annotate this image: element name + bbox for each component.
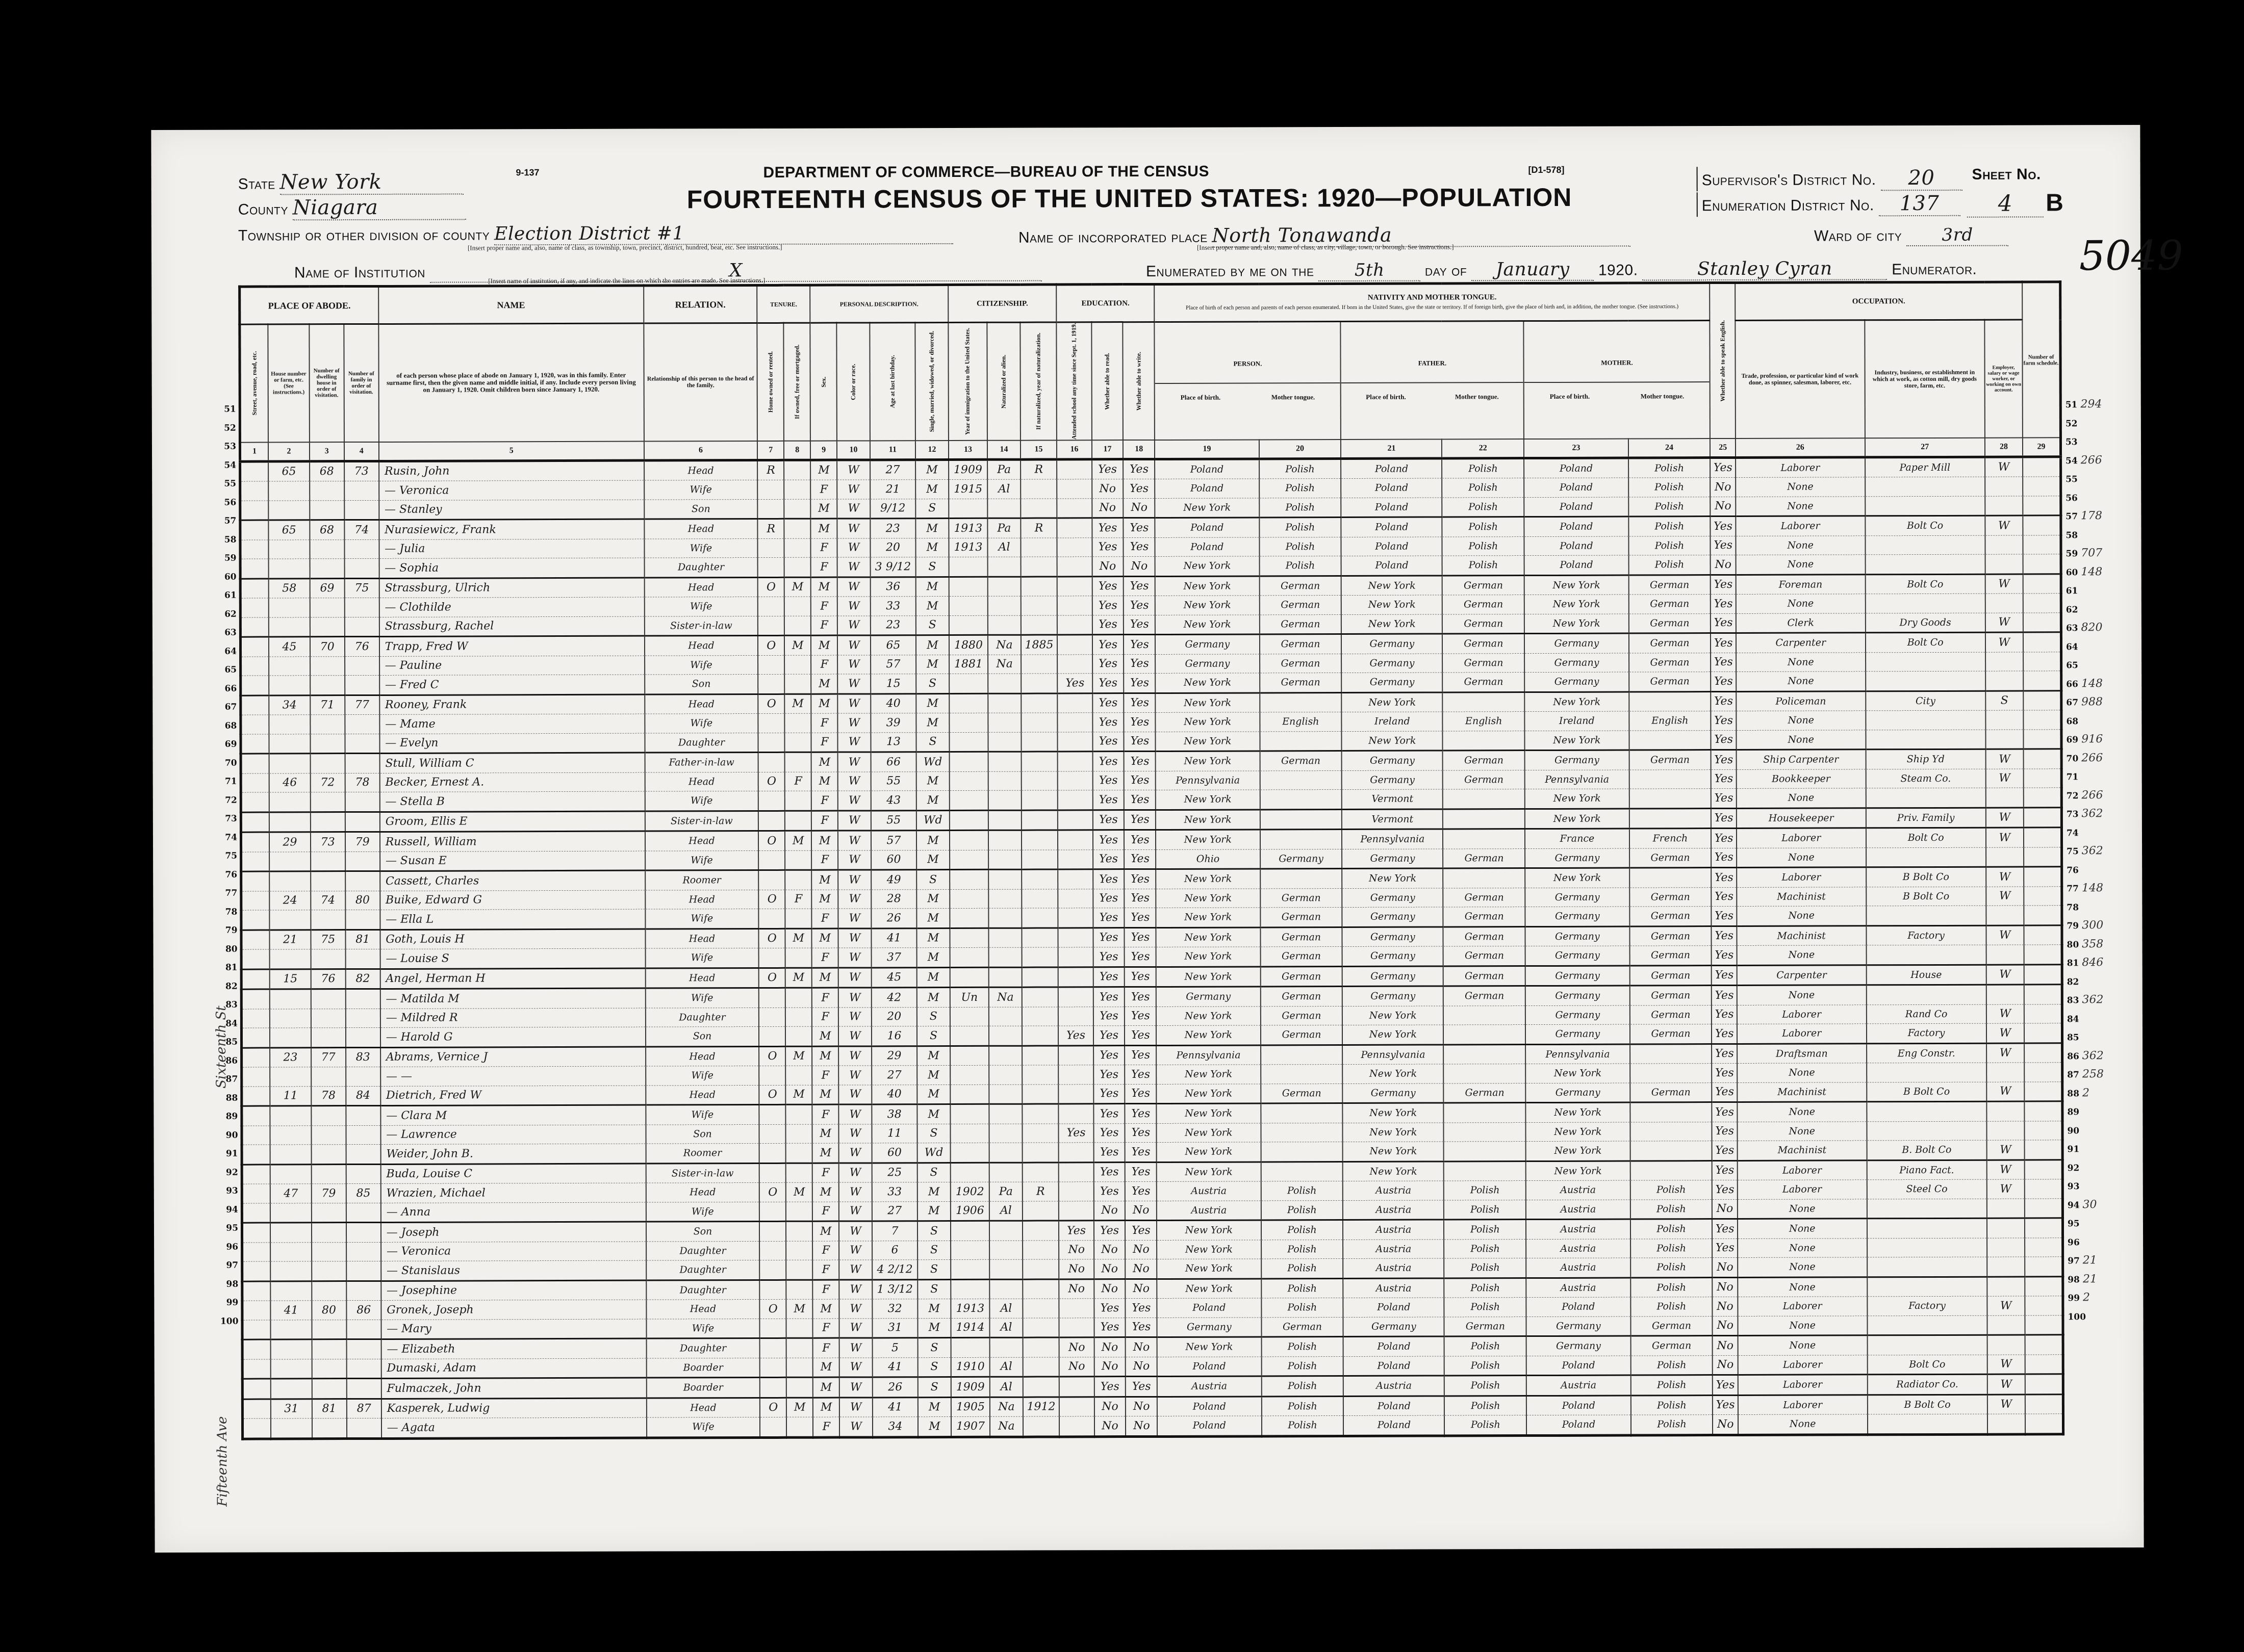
- read-cell: Yes: [1093, 1065, 1125, 1085]
- house-number-cell: 15: [270, 969, 311, 989]
- line-number-label: 56: [2065, 493, 2078, 503]
- name-cell: — Mildred R: [380, 1008, 646, 1028]
- read-cell: Yes: [1092, 518, 1124, 538]
- trade-cell: Laborer: [1738, 1375, 1868, 1395]
- read-cell: No: [1093, 1201, 1125, 1221]
- col-9-header: Sex.: [810, 323, 837, 441]
- mother-birthplace-cell: Poland: [1524, 536, 1628, 556]
- immigration-year-cell: [950, 1163, 989, 1182]
- father-tongue-cell: [1443, 789, 1525, 809]
- employer-class-cell: W: [1986, 965, 2024, 985]
- dwelling-number-cell: [310, 539, 344, 559]
- employer-class-cell: W: [1986, 828, 2024, 847]
- father-birthplace-cell: Austria: [1343, 1376, 1444, 1396]
- write-cell: No: [1126, 1259, 1157, 1279]
- mother-mother-tongue-cell: Polish: [1630, 1258, 1713, 1278]
- write-cell: Yes: [1126, 1318, 1157, 1337]
- birthplace-cell: New York: [1156, 830, 1260, 849]
- line-number-left: 60: [214, 567, 237, 586]
- street-cell: [241, 969, 270, 990]
- immigration-year-cell: [949, 713, 988, 732]
- age-cell: 57: [871, 655, 916, 674]
- speak-english-cell: Yes: [1711, 808, 1737, 829]
- age-cell: 43: [871, 791, 916, 811]
- naturalized-cell: Al: [988, 538, 1021, 557]
- read-cell: Yes: [1092, 830, 1124, 850]
- col-22-label: Mother tongue.: [1455, 394, 1499, 401]
- employer-class-cell: W: [1986, 1160, 2024, 1180]
- father-birthplace-cell: Vermont: [1342, 789, 1443, 809]
- immigration-year-cell: 1880: [949, 635, 988, 655]
- father-birthplace-cell: Poland: [1341, 517, 1442, 537]
- sex-cell: M: [813, 1398, 839, 1417]
- house-number-cell: [270, 1028, 311, 1048]
- street-cell: [241, 676, 269, 695]
- father-birthplace-cell: Germany: [1342, 907, 1443, 927]
- street-cell: [242, 1106, 270, 1126]
- line-number-left: 51: [213, 400, 236, 419]
- dwelling-number-cell: [310, 656, 345, 676]
- age-cell: 49: [871, 870, 917, 890]
- marital-status-cell: M: [918, 1397, 951, 1417]
- mother-mother-tongue-cell: German: [1629, 926, 1712, 946]
- write-cell: Yes: [1124, 635, 1155, 655]
- father-birthplace-cell: Germany: [1342, 966, 1443, 987]
- sex-cell: F: [812, 1066, 838, 1085]
- house-number-cell: [270, 1281, 312, 1301]
- mother-tongue-cell: English: [1260, 712, 1342, 732]
- mother-mother-tongue-cell: [1630, 1102, 1712, 1122]
- line-number-left: 81: [215, 959, 238, 977]
- column-number-6: 6: [644, 441, 758, 460]
- employer-class-cell: [1986, 985, 2024, 1004]
- house-number-cell: [270, 989, 311, 1009]
- immigration-year-cell: [950, 967, 989, 988]
- race-cell: W: [839, 1280, 872, 1300]
- trade-cell: None: [1737, 985, 1867, 1005]
- dwelling-number-cell: [312, 1242, 346, 1261]
- relation-heading: RELATION.: [644, 286, 757, 324]
- dwelling-number-cell: [311, 1145, 346, 1165]
- mother-birthplace-cell: New York: [1524, 614, 1628, 634]
- relation-cell: Head: [644, 577, 758, 597]
- family-number-cell: [345, 851, 380, 871]
- industry-cell: Priv. Family: [1866, 808, 1985, 828]
- employer-class-cell: [1987, 1257, 2025, 1277]
- naturalization-year-cell: [1023, 1221, 1059, 1241]
- age-cell: 60: [871, 850, 917, 870]
- dwelling-number-cell: [312, 1281, 346, 1301]
- marital-status-cell: S: [917, 1241, 950, 1260]
- column-number-27: 27: [1865, 437, 1985, 457]
- read-cell: Yes: [1092, 576, 1124, 596]
- dwelling-number-cell: [310, 715, 345, 734]
- home-owned-cell: [759, 1027, 785, 1047]
- naturalized-cell: [988, 850, 1021, 870]
- line-number-label: 66: [2066, 679, 2078, 689]
- line-number-label: 78: [2067, 902, 2079, 913]
- birthplace-cell: New York: [1155, 498, 1259, 518]
- farm-schedule-cell: [2023, 652, 2061, 671]
- mother-tongue-cell: [1260, 869, 1342, 889]
- street-cell: [242, 1320, 271, 1340]
- farm-schedule-cell: [2023, 496, 2061, 515]
- occupation-code: 21: [2083, 1273, 2097, 1285]
- industry-cell: Steel Co: [1867, 1179, 1986, 1199]
- line-number-label: 62: [2066, 605, 2078, 615]
- industry-cell: [1866, 788, 1985, 808]
- line-number-right: 96: [2068, 1232, 2139, 1251]
- occupation-code: 266: [2081, 454, 2102, 467]
- home-owned-cell: [758, 733, 785, 753]
- school-cell: [1057, 518, 1092, 538]
- employer-class-cell: W: [1985, 457, 2023, 477]
- father-tongue-cell: Polish: [1444, 1415, 1526, 1436]
- birthplace-cell: Poland: [1155, 479, 1259, 498]
- house-number-cell: [271, 1359, 312, 1379]
- industry-cell: [1867, 1238, 1987, 1257]
- father-tongue-cell: [1444, 1064, 1526, 1083]
- naturalized-cell: [989, 1143, 1022, 1163]
- relation-cell: Wife: [644, 480, 758, 500]
- industry-cell: [1866, 671, 1985, 691]
- marital-status-cell: S: [915, 499, 948, 519]
- speak-english-cell: Yes: [1711, 575, 1736, 595]
- age-cell: 16: [872, 1026, 917, 1046]
- father-birthplace-cell: New York: [1343, 1161, 1444, 1181]
- state-field: State New York: [238, 170, 464, 195]
- column-number-14: 14: [987, 440, 1020, 459]
- father-tongue-cell: Polish: [1442, 497, 1524, 517]
- marital-status-cell: Wd: [916, 810, 949, 831]
- house-number-cell: [269, 676, 310, 695]
- marital-status-cell: M: [916, 850, 949, 870]
- census-table: PLACE OF ABODE. NAME RELATION. TENURE. P…: [238, 280, 2064, 1440]
- naturalized-cell: Pa: [987, 459, 1020, 480]
- mother-tongue-cell: Polish: [1261, 1181, 1343, 1201]
- father-birthplace-cell: Germany: [1342, 986, 1443, 1006]
- name-cell: — Anna: [381, 1202, 646, 1223]
- speak-english-cell: Yes: [1712, 1044, 1737, 1064]
- write-cell: Yes: [1124, 654, 1155, 674]
- mother-tongue-cell: Polish: [1261, 1200, 1343, 1220]
- industry-cell: [1867, 1121, 1986, 1141]
- birthplace-cell: New York: [1156, 967, 1260, 987]
- naturalized-cell: Al: [987, 479, 1020, 499]
- relation-cell: Wife: [647, 1417, 760, 1438]
- farm-schedule-cell: [2024, 828, 2062, 847]
- farm-schedule-cell: [2023, 671, 2061, 691]
- township-field: Township or other division of county Ele…: [238, 222, 953, 246]
- immigration-year-cell: [951, 1337, 990, 1357]
- col-15-label: If naturalized, year of naturalization.: [1035, 333, 1042, 430]
- farm-schedule-cell: [2025, 1394, 2063, 1414]
- marital-status-cell: M: [918, 1417, 951, 1437]
- street-cell: [241, 695, 269, 715]
- col-4-header: Number of family in order of visitation.: [344, 324, 379, 442]
- column-number-25: 25: [1710, 438, 1736, 458]
- marital-status-cell: S: [916, 674, 949, 694]
- mother-tongue-cell: Polish: [1261, 1416, 1343, 1436]
- name-cell: Goth, Louis H: [380, 929, 645, 949]
- father-birthplace-cell: New York: [1341, 595, 1442, 614]
- home-owned-cell: [760, 1378, 786, 1398]
- employer-class-cell: W: [1987, 1296, 2025, 1315]
- line-number-left: 53: [213, 437, 236, 456]
- state-label: State: [238, 175, 275, 192]
- col-12-header: Single, married, widowed, or divorced.: [915, 323, 949, 441]
- line-number-left: 75: [214, 847, 237, 866]
- mortgage-cell: M: [784, 635, 811, 655]
- mortgage-cell: M: [786, 1398, 813, 1417]
- employer-class-cell: W: [1986, 1023, 2024, 1043]
- industry-cell: [1866, 985, 1986, 1004]
- birthplace-cell: New York: [1157, 1259, 1261, 1279]
- home-owned-cell: O: [758, 636, 784, 656]
- col-15-header: If naturalized, year of naturalization.: [1020, 322, 1057, 440]
- mother-tongue-cell: German: [1260, 966, 1342, 987]
- speak-english-cell: Yes: [1711, 691, 1737, 711]
- write-cell: Yes: [1125, 967, 1156, 987]
- sex-cell: M: [811, 694, 838, 714]
- industry-cell: Piano Fact.: [1867, 1160, 1986, 1180]
- sex-cell: M: [812, 1124, 839, 1144]
- line-numbers-left: 5152535455565758596061626364656667686970…: [213, 400, 239, 1331]
- farm-schedule-cell: [2023, 554, 2061, 574]
- school-cell: Yes: [1059, 1221, 1093, 1241]
- speak-english-cell: Yes: [1710, 457, 1736, 478]
- col-18-header: Whether able to write.: [1123, 322, 1155, 440]
- family-number-cell: [346, 1106, 380, 1126]
- column-number-7: 7: [757, 441, 784, 460]
- family-number-cell: [346, 1359, 381, 1379]
- street-cell: [241, 1009, 270, 1028]
- father-birthplace-cell: New York: [1342, 868, 1443, 888]
- sex-cell: F: [812, 1260, 839, 1280]
- mother-tongue-cell: [1260, 790, 1342, 810]
- read-cell: Yes: [1093, 1026, 1125, 1046]
- relation-cell: Roomer: [646, 1144, 759, 1164]
- line-number-right: 58: [2065, 525, 2137, 544]
- relation-cell: Sister-in-law: [646, 1163, 759, 1183]
- read-cell: Yes: [1093, 1162, 1125, 1182]
- farm-schedule-cell: [2024, 1121, 2062, 1140]
- home-owned-cell: [760, 1338, 786, 1358]
- sex-cell: F: [811, 791, 838, 811]
- marital-status-cell: M: [916, 831, 949, 850]
- line-number-right: 69916: [2066, 730, 2137, 749]
- naturalized-cell: Al: [990, 1377, 1023, 1397]
- occupation-code: 362: [2082, 1049, 2104, 1062]
- age-cell: 27: [872, 1066, 917, 1085]
- line-number-left: 89: [215, 1107, 238, 1126]
- column-number-5: 5: [379, 441, 644, 461]
- line-number-left: 59: [214, 549, 237, 568]
- dwelling-number-cell: 73: [311, 832, 345, 852]
- mother-birthplace-cell: Austria: [1526, 1219, 1630, 1239]
- mother-birthplace-cell: Germany: [1525, 750, 1629, 770]
- speak-english-cell: No: [1711, 478, 1736, 497]
- line-number-left: 64: [214, 642, 237, 661]
- naturalization-year-cell: [1021, 596, 1057, 615]
- employer-class-cell: W: [1985, 632, 2023, 652]
- house-number-cell: [270, 1009, 311, 1028]
- race-cell: W: [837, 674, 870, 694]
- naturalization-year-cell: [1023, 1337, 1059, 1357]
- name-cell: Stull, William C: [379, 753, 645, 773]
- naturalized-cell: [988, 732, 1021, 752]
- employer-class-cell: [1985, 496, 2023, 516]
- marital-status-cell: M: [915, 459, 948, 480]
- trade-cell: Laborer: [1737, 867, 1866, 887]
- mother-tongue-cell: German: [1260, 1025, 1342, 1045]
- immigration-year-cell: 1915: [949, 479, 988, 499]
- family-number-cell: [346, 1164, 380, 1184]
- dwelling-number-cell: 68: [310, 520, 344, 540]
- school-cell: [1057, 537, 1092, 557]
- father-birthplace-cell: Vermont: [1342, 809, 1443, 830]
- name-cell: Buda, Louise C: [380, 1164, 646, 1184]
- industry-cell: B. Bolt Co: [1867, 1140, 1986, 1160]
- name-cell: Strassburg, Rachel: [379, 616, 645, 637]
- immigration-year-cell: [949, 693, 988, 713]
- col-1-label: Street, avenue, road, etc.: [251, 351, 258, 416]
- birthplace-cell: Pennsylvania: [1156, 771, 1260, 790]
- occupation-code: 148: [2082, 882, 2103, 894]
- relation-cell: Head: [646, 1046, 759, 1066]
- father-birthplace-cell: Germany: [1342, 946, 1443, 966]
- employer-class-cell: S: [1985, 691, 2023, 711]
- line-number-left: 72: [214, 791, 237, 810]
- father-birthplace-cell: Germany: [1343, 1317, 1444, 1337]
- mortgage-cell: [784, 655, 811, 675]
- read-cell: No: [1094, 1416, 1126, 1437]
- line-number-left: 66: [214, 679, 237, 698]
- col-6-header: Relationship of this person to the head …: [644, 323, 757, 442]
- line-number-label: 84: [2067, 1014, 2079, 1024]
- employer-class-cell: [1986, 906, 2024, 925]
- write-cell: Yes: [1124, 849, 1156, 869]
- marital-status-cell: S: [917, 1163, 950, 1182]
- speak-english-cell: Yes: [1712, 1024, 1737, 1044]
- marital-status-cell: Wd: [917, 1143, 950, 1163]
- relation-cell: Daughter: [646, 1260, 760, 1280]
- sex-cell: M: [812, 968, 838, 988]
- mortgage-cell: M: [786, 1182, 812, 1202]
- father-birthplace-cell: Ireland: [1342, 712, 1443, 731]
- speak-english-cell: Yes: [1712, 1219, 1738, 1239]
- mother-mother-tongue-cell: [1629, 868, 1712, 888]
- speak-english-cell: Yes: [1711, 633, 1736, 653]
- dwelling-number-cell: [311, 851, 345, 871]
- sex-cell: M: [811, 674, 837, 694]
- occupation-code: 2: [2082, 1087, 2089, 1099]
- naturalized-cell: [989, 1046, 1022, 1066]
- line-number-left: 62: [214, 605, 237, 624]
- street-cell: [241, 792, 269, 812]
- school-cell: [1059, 1397, 1094, 1416]
- col-13-header: Year of immigration to the United States…: [948, 322, 987, 440]
- write-cell: Yes: [1124, 596, 1155, 615]
- dwelling-number-cell: [311, 871, 345, 891]
- marital-status-cell: S: [917, 1279, 950, 1299]
- line-number-label: 52: [2065, 419, 2078, 429]
- mother-tongue-cell: German: [1260, 751, 1342, 771]
- father-tongue-cell: [1444, 1122, 1526, 1142]
- age-cell: 3 9/12: [870, 557, 916, 577]
- line-number-left: 90: [215, 1126, 238, 1145]
- father-tongue-cell: [1443, 868, 1525, 888]
- dwelling-number-cell: [311, 1028, 346, 1048]
- farm-schedule-cell: [2025, 1179, 2063, 1199]
- occupation-code: 148: [2081, 565, 2102, 578]
- home-owned-cell: [759, 988, 785, 1008]
- father-tongue-cell: German: [1443, 848, 1525, 868]
- occupation-code: 2: [2083, 1291, 2090, 1304]
- read-cell: No: [1094, 1279, 1126, 1299]
- immigration-year-cell: [950, 1143, 989, 1163]
- industry-cell: [1865, 535, 1985, 555]
- supervisor-district-field: Supervisor's District No. 20: [1697, 166, 1962, 191]
- industry-cell: Bolt Co: [1867, 1355, 1987, 1375]
- employer-class-cell: W: [1986, 1043, 2024, 1063]
- house-number-cell: 29: [269, 832, 311, 852]
- name-cell: Dumaski, Adam: [381, 1358, 646, 1379]
- street-cell: [241, 715, 269, 734]
- occupation-code: 988: [2081, 695, 2103, 708]
- industry-cell: [1867, 1101, 1986, 1121]
- naturalization-year-cell: [1021, 557, 1057, 577]
- house-number-cell: 21: [270, 930, 311, 949]
- mortgage-cell: [786, 1260, 812, 1280]
- race-cell: W: [838, 1026, 871, 1046]
- col-24-label: Mother tongue.: [1641, 393, 1685, 401]
- speak-english-cell: No: [1711, 497, 1736, 517]
- sex-cell: M: [812, 1085, 839, 1105]
- mother-tongue-cell: German: [1259, 634, 1341, 654]
- race-cell: W: [839, 1398, 872, 1417]
- mother-tongue-cell: Polish: [1261, 1337, 1343, 1357]
- father-tongue-cell: Polish: [1442, 536, 1524, 556]
- department-heading: DEPARTMENT OF COMMERCE—BUREAU OF THE CEN…: [763, 163, 1209, 182]
- immigration-year-cell: 1909: [949, 459, 988, 480]
- farm-schedule-cell: [2025, 1159, 2063, 1179]
- name-cell: — Matilda M: [380, 988, 646, 1009]
- school-cell: No: [1059, 1357, 1094, 1377]
- ward-value: 3rd: [1906, 225, 2008, 247]
- school-cell: [1058, 732, 1092, 752]
- race-cell: W: [838, 909, 871, 928]
- employer-class-cell: W: [1987, 1395, 2025, 1414]
- line-number-right: 60148: [2066, 562, 2137, 581]
- age-cell: 41: [872, 1397, 918, 1417]
- employer-class-cell: [1985, 671, 2023, 691]
- read-cell: Yes: [1093, 1084, 1125, 1104]
- naturalization-year-cell: [1021, 538, 1057, 557]
- age-cell: 40: [872, 1085, 917, 1104]
- father-tongue-cell: German: [1443, 770, 1525, 789]
- mother-birthplace-cell: Austria: [1526, 1375, 1630, 1396]
- family-number-cell: [345, 617, 379, 637]
- immigration-year-cell: 1881: [949, 655, 988, 674]
- school-cell: Yes: [1058, 1026, 1093, 1046]
- house-number-cell: 24: [269, 891, 311, 910]
- read-cell: Yes: [1092, 537, 1124, 557]
- farm-schedule-cell: [2025, 1296, 2063, 1315]
- school-cell: [1058, 654, 1092, 674]
- mother-tongue-cell: Polish: [1261, 1259, 1343, 1279]
- mortgage-cell: M: [785, 928, 812, 948]
